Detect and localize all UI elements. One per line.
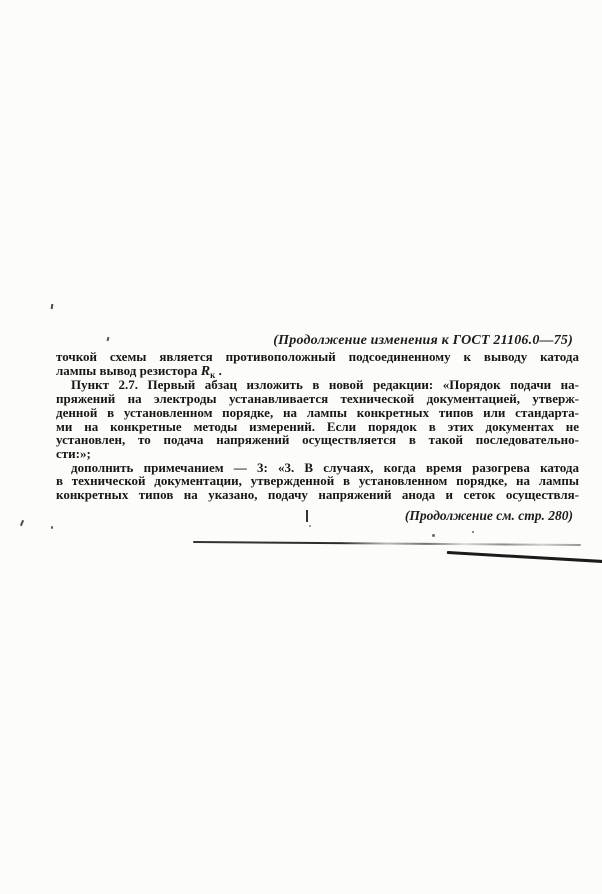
document-page: (Продолжение изменения к ГОСТ 21106.0—75…: [0, 0, 602, 894]
scan-speck: [432, 534, 435, 537]
horizontal-rule-top: [193, 541, 581, 546]
resistor-line-suffix: .: [215, 363, 222, 378]
text-line: сти:»;: [56, 447, 579, 461]
text-line: пряжений на электроды устанавливается те…: [56, 392, 579, 406]
text-line: точкой схемы является противоположный по…: [56, 350, 579, 364]
text-line: дополнить примечанием — 3: «3. В случаях…: [56, 461, 579, 475]
text-line: конкретных типов на указано, подачу напр…: [56, 488, 579, 502]
continuation-footer: (Продолжение см. стр. 280): [405, 508, 573, 523]
horizontal-rule-bottom: [447, 551, 602, 563]
text-line: денной в установленном порядке, на лампы…: [56, 406, 579, 420]
text-line-resistor: лампы вывод резистора Rк .: [56, 364, 579, 379]
scan-speck: [107, 337, 110, 341]
continuation-header: (Продолжение изменения к ГОСТ 21106.0—75…: [273, 333, 573, 348]
scan-speck: [472, 531, 474, 533]
scan-speck: [309, 525, 311, 527]
text-line: Пункт 2.7. Первый абзац изложить в новой…: [56, 378, 579, 392]
scan-speck: [306, 510, 308, 522]
scan-speck: [20, 520, 24, 526]
scan-speck: [51, 526, 53, 529]
body-text: точкой схемы является противоположный по…: [56, 350, 579, 502]
scan-speck: [51, 304, 54, 309]
text-line: установлен, то подача напряжений осущест…: [56, 433, 579, 447]
text-line: ми на конкретные методы измерений. Если …: [56, 420, 579, 434]
resistor-line-prefix: лампы вывод резистора: [56, 363, 201, 378]
text-line: в технической документации, утвержденной…: [56, 474, 579, 488]
